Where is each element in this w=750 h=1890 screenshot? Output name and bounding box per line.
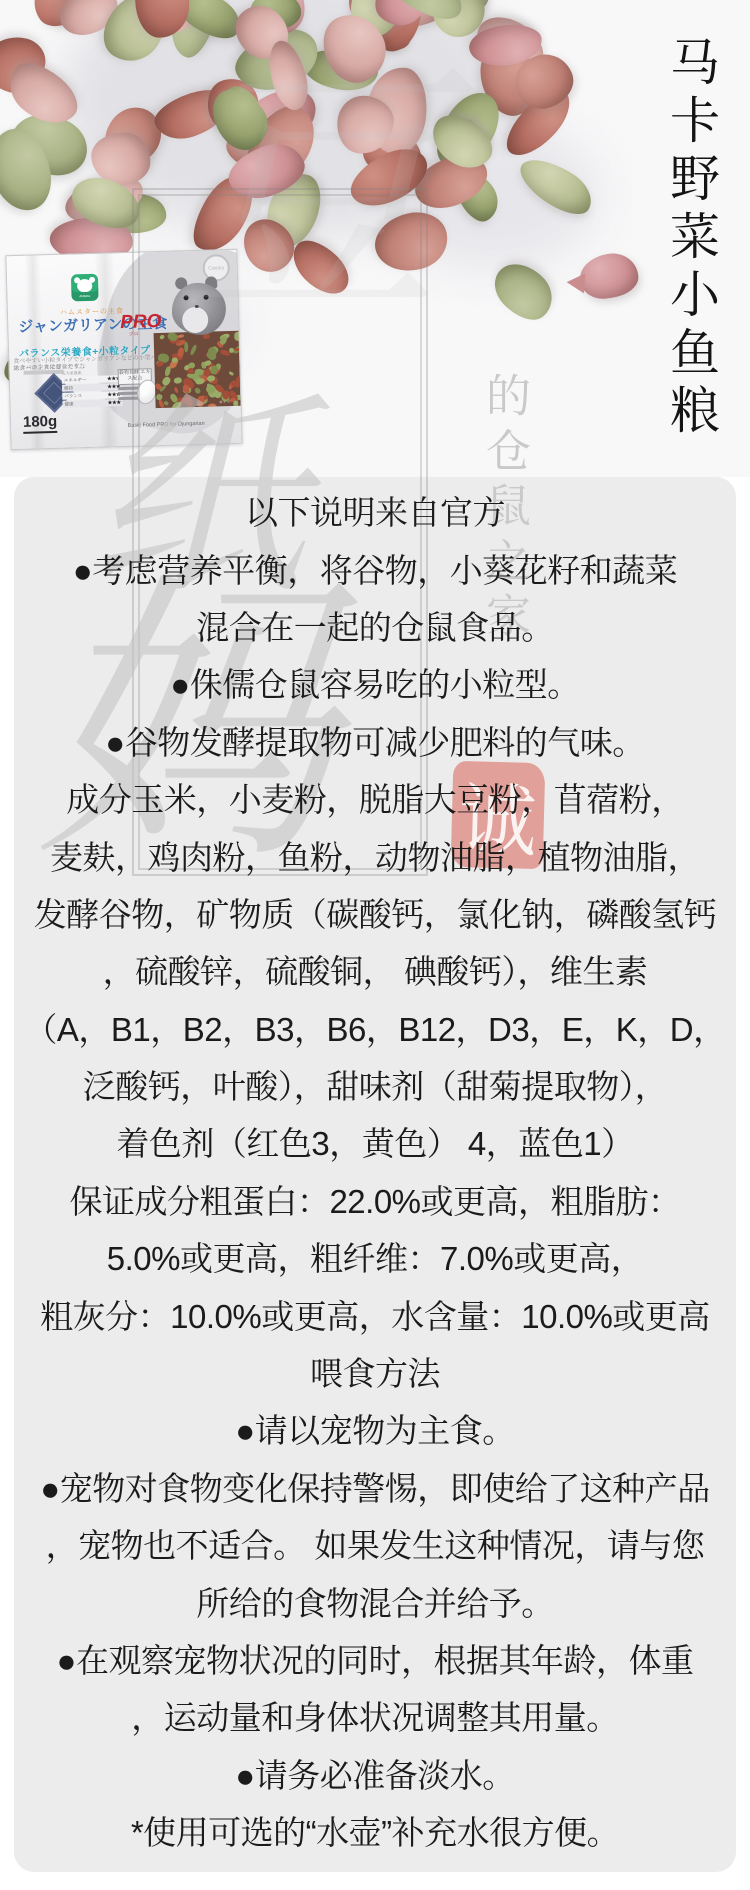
package-photo-kibble-dot	[155, 393, 163, 401]
package-photo-kibble-dot	[174, 387, 179, 394]
nutrition-row-label: エネルギー	[64, 377, 87, 384]
nutrition-table-row: 健康★★★	[62, 399, 122, 408]
nutrition-row-label: バランス	[64, 393, 82, 399]
package-photo-kibble-dot	[159, 334, 166, 341]
package-photo-kibble-dot	[183, 395, 194, 407]
description-line: 成分玉米，小麦粉，脱脂大豆粉，苜蓿粉，	[14, 769, 736, 826]
nutrition-graph-label	[24, 370, 64, 375]
nutrition-row-label: 維持	[64, 385, 73, 391]
description-line: *使用可选的“水壶”补充水很方便。	[14, 1802, 736, 1859]
description-line: ●请以宠物为主食。	[14, 1400, 736, 1457]
fish-shaped-pellet	[577, 250, 641, 302]
fish-pellet-tail	[566, 272, 585, 293]
description-line: 混合在一起的仓鼠食品。	[14, 597, 736, 654]
nutrition-row-label: 健康	[64, 401, 73, 407]
description-line: （A，B1，B2，B3，B6，B12，D3，E，K，D，	[14, 999, 736, 1056]
package-photo-kibble-dot	[163, 399, 170, 406]
package-photo-kibble-dot	[174, 377, 183, 384]
pro-sub-label: プロ	[128, 331, 138, 338]
package-photo-kibble-dot	[194, 387, 201, 395]
package-photo-kibble-dot	[184, 342, 188, 352]
description-line: ，硫酸锌，硫酸铜， 碘酸钙），维生素	[14, 941, 736, 998]
description-line: 发酵谷物，矿物质（碳酸钙，氯化钠，磷酸氢钙	[14, 884, 736, 941]
product-package: ANIMAL Canary ハムスターの主食 ジャンガリアンの主食 PRO プロ…	[5, 249, 242, 450]
description-line: 粗灰分：10.0%或更高，水含量：10.0%或更高	[14, 1285, 736, 1342]
hamster-photo	[167, 268, 231, 338]
logo-face-icon	[77, 279, 92, 292]
package-weight: 180g	[23, 413, 58, 434]
page-title-vertical: 马卡野菜小鱼粮	[662, 36, 720, 442]
description-line: ●宠物对食物变化保持警惕，即使给了这种产品	[14, 1458, 736, 1515]
description-line: ●谷物发酵提取物可减少肥料的气味。	[14, 712, 736, 769]
nutrition-star-table: 五大栄養素 エネルギー★★★維持★★★バランス★★★健康★★★	[62, 369, 123, 409]
description-line: ●侏儒仓鼠容易吃的小粒型。	[14, 654, 736, 711]
logo-band: ANIMAL	[73, 294, 96, 299]
description-line: 麦麸，鸡肉粉，鱼粉，动物油脂，植物油脂，	[14, 826, 736, 883]
package-kibble-photo: ※イメージ	[154, 331, 241, 408]
description-line: 泛酸钙，叶酸），甜味剂（甜菊提取物），	[14, 1056, 736, 1113]
package-photo-kibble-dot	[160, 376, 171, 387]
series-hamster-logo-icon: ANIMAL	[71, 274, 99, 302]
description-line: 以下说明来自官方	[14, 482, 736, 539]
package-photo-kibble-dot	[187, 368, 193, 375]
description-line: ●在观察宠物状况的同时，根据其年龄，体重	[14, 1630, 736, 1687]
description-line: 所给的食物混合并给予。	[14, 1572, 736, 1629]
feature-text-bar	[118, 392, 138, 396]
package-photo-kibble-dot	[189, 345, 197, 356]
description-line: 5.0%或更高，粗纤维：7.0%或更高，	[14, 1228, 736, 1285]
package-photo-kibble-dot	[228, 371, 234, 377]
description-line: ●请务必准备淡水。	[14, 1745, 736, 1802]
package-photo-kibble-dot	[177, 347, 185, 358]
description-line: 着色剂（红色3，黄色） 4，蓝色1）	[14, 1113, 736, 1170]
star-rating: ★★★	[107, 399, 120, 406]
description-line: ，宠物也不适合。 如果发生这种情况，请与您	[14, 1515, 736, 1572]
description-line: 保证成分粗蛋白：22.0%或更高，粗脂肪：	[14, 1171, 736, 1228]
description-line: ●考虑营养平衡，将谷物，小葵花籽和蔬菜	[14, 539, 736, 596]
description-line: ，运动量和身体状况调整其用量。	[14, 1687, 736, 1744]
description-line: 喂食方法	[14, 1343, 736, 1400]
hamster-eye	[184, 295, 189, 300]
description-text: 以下说明来自官方●考虑营养平衡，将谷物，小葵花籽和蔬菜混合在一起的仓鼠食品。●侏…	[14, 482, 736, 1859]
pro-label: PRO	[120, 311, 162, 334]
package-photo-kibble-dot	[222, 391, 230, 400]
package-photo-kibble-dot	[195, 377, 205, 385]
